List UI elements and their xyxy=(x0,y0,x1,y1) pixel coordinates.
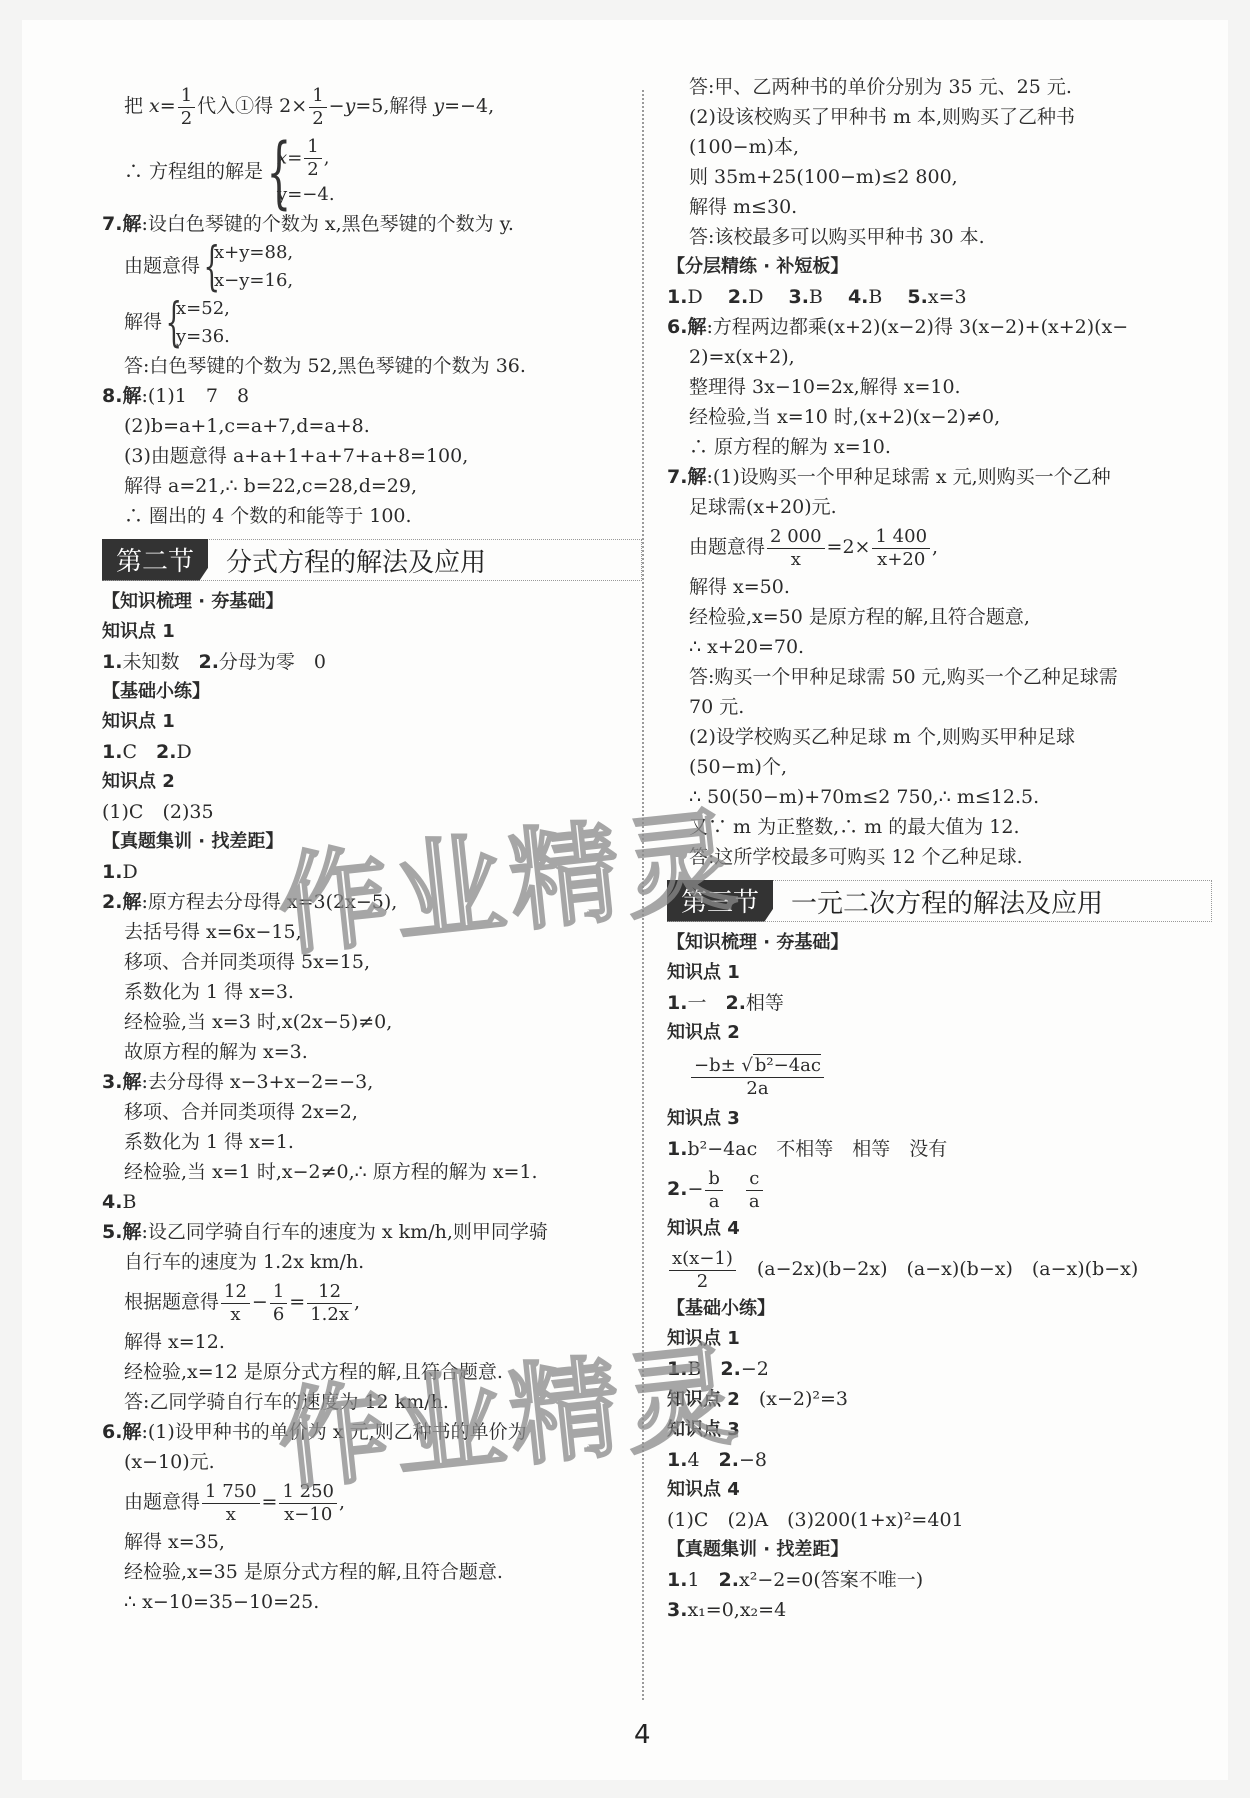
text-line: 系数化为 1 得 x=1. xyxy=(102,1127,642,1157)
text-line: (x−10)元. xyxy=(102,1447,642,1477)
answer-line: 4.B xyxy=(102,1187,642,1217)
answer-page: 把 x=12代入①得 2×12−y=5,解得 y=−4, ∴ 方程组的解是{x=… xyxy=(22,20,1228,1780)
knowledge-point-label: 知识点 3 xyxy=(667,1104,1212,1134)
answer-line: 3.x₁=0,x₂=4 xyxy=(667,1595,1212,1625)
section-heading-3: 第三节 一元二次方程的解法及应用 xyxy=(667,880,1212,922)
question-7: 7.解:(1)设购买一个甲种足球需 x 元,则购买一个乙种 xyxy=(667,462,1212,492)
question-8: 8.解:(1)1 7 8 xyxy=(102,381,642,411)
knowledge-point-label: 知识点 1 xyxy=(102,707,642,737)
text-line: 移项、合并同类项得 5x=15, xyxy=(102,947,642,977)
column-divider xyxy=(642,90,644,1700)
knowledge-point-label: 知识点 4 xyxy=(667,1214,1212,1244)
text-line: 去括号得 x=6x−15, xyxy=(102,917,642,947)
text-line: 移项、合并同类项得 2x=2, xyxy=(102,1097,642,1127)
answer-line: 1.D 2.D 3.B 4.B 5.x=3 xyxy=(667,282,1212,312)
answer-line: (1)C (2)A (3)200(1+x)²=401 xyxy=(667,1505,1212,1535)
brace-icon: { xyxy=(166,297,173,349)
text-line: ∴ 50(50−m)+70m≤2 750,∴ m≤12.5. xyxy=(667,782,1212,812)
brace-icon: { xyxy=(267,147,274,199)
text-line: 故原方程的解为 x=3. xyxy=(102,1037,642,1067)
text-line: 70 元. xyxy=(667,692,1212,722)
text-line: 由题意得1 750x=1 250x−10, xyxy=(102,1477,642,1527)
right-column: 答:甲、乙两种书的单价分别为 35 元、25 元. (2)设该校购买了甲种书 m… xyxy=(667,72,1212,1625)
text-line: ∴ 原方程的解为 x=10. xyxy=(667,432,1212,462)
text-line: (2)b=a+1,c=a+7,d=a+8. xyxy=(102,411,642,441)
text-line: 经检验,当 x=3 时,x(2x−5)≠0, xyxy=(102,1007,642,1037)
answer-line: 1.一 2.相等 xyxy=(667,988,1212,1018)
text-line: (100−m)本, xyxy=(667,132,1212,162)
knowledge-point-label: 知识点 2 xyxy=(102,767,642,797)
equation-system: {x=12,y=−4. xyxy=(263,136,335,209)
knowledge-point-label: 知识点 2 xyxy=(667,1018,1212,1048)
text-line: ∴ x+20=70. xyxy=(667,632,1212,662)
text-line: 整理得 3x−10=2x,解得 x=10. xyxy=(667,372,1212,402)
question-6: 6.解:(1)设甲种书的单价为 x 元,则乙种书的单价为 xyxy=(102,1417,642,1447)
answer-line: 1.B 2.−2 xyxy=(667,1354,1212,1384)
fraction: 12 xyxy=(309,85,326,130)
text-line: (50−m)个, xyxy=(667,752,1212,782)
answer-line: 知识点 2 (x−2)²=3 xyxy=(667,1384,1212,1415)
text-line: 自行车的速度为 1.2x km/h. xyxy=(102,1247,642,1277)
text-line: 答:乙同学骑自行车的速度为 12 km/h. xyxy=(102,1387,642,1417)
brace-icon: { xyxy=(204,241,211,293)
text-line: 解得 a=21,∴ b=22,c=28,d=29, xyxy=(102,471,642,501)
question-3: 3.解:去分母得 x−3+x−2=−3, xyxy=(102,1067,642,1097)
knowledge-point-label: 知识点 1 xyxy=(667,1324,1212,1354)
text-line: 由题意得{x+y=88,x−y=16, xyxy=(102,239,642,295)
knowledge-point-label: 知识点 3 xyxy=(667,1415,1212,1445)
text-line: 答:白色琴键的个数为 52,黑色琴键的个数为 36. xyxy=(102,351,642,381)
left-column: 把 x=12代入①得 2×12−y=5,解得 y=−4, ∴ 方程组的解是{x=… xyxy=(102,82,642,1617)
knowledge-point-label: 知识点 4 xyxy=(667,1475,1212,1505)
page-number: 4 xyxy=(634,1720,651,1750)
text-line: (3)由题意得 a+a+1+a+7+a+8=100, xyxy=(102,441,642,471)
subsection-heading: 【真题集训 · 找差距】 xyxy=(667,1535,1212,1565)
text-line: 又∵ m 为正整数,∴ m 的最大值为 12. xyxy=(667,812,1212,842)
section-tag: 第三节 xyxy=(667,880,773,922)
answer-line: 2.−ba ca xyxy=(667,1164,1212,1214)
answer-line: 1.D xyxy=(102,857,642,887)
knowledge-point-label: 知识点 1 xyxy=(102,617,642,647)
text-line: 根据题意得12x−16=121.2x, xyxy=(102,1277,642,1327)
text-line: 足球需(x+20)元. xyxy=(667,492,1212,522)
text-line: 解得 x=35, xyxy=(102,1527,642,1557)
text-line: 则 35m+25(100−m)≤2 800, xyxy=(667,162,1212,192)
subsection-heading: 【知识梳理 · 夯基础】 xyxy=(102,587,642,617)
answer-line: 1.4 2.−8 xyxy=(667,1445,1212,1475)
subsection-heading: 【基础小练】 xyxy=(667,1294,1212,1324)
text-line: 经检验,x=12 是原分式方程的解,且符合题意. xyxy=(102,1357,642,1387)
text-line: 答:购买一个甲种足球需 50 元,购买一个乙种足球需 xyxy=(667,662,1212,692)
text-line: 解得 x=12. xyxy=(102,1327,642,1357)
text-line: 把 x=12代入①得 2×12−y=5,解得 y=−4, xyxy=(102,82,642,130)
text-line: (2)设学校购买乙种足球 m 个,则购买甲种足球 xyxy=(667,722,1212,752)
text-line: 解得 m≤30. xyxy=(667,192,1212,222)
subsection-heading: 【知识梳理 · 夯基础】 xyxy=(667,928,1212,958)
section-heading-2: 第二节 分式方程的解法及应用 xyxy=(102,539,642,581)
subsection-heading: 【分层精练 · 补短板】 xyxy=(667,252,1212,282)
section-tag: 第二节 xyxy=(102,539,208,581)
text-line: 经检验,当 x=1 时,x−2≠0,∴ 原方程的解为 x=1. xyxy=(102,1157,642,1187)
section-title: 分式方程的解法及应用 xyxy=(226,542,486,579)
subsection-heading: 【基础小练】 xyxy=(102,677,642,707)
answer-line: 1.C 2.D xyxy=(102,737,642,767)
answer-line: 1.未知数 2.分母为零 0 xyxy=(102,647,642,677)
section-title: 一元二次方程的解法及应用 xyxy=(791,883,1103,920)
quadratic-formula: −b± √b²−4ac2a xyxy=(667,1048,1212,1104)
answer-line: (1)C (2)35 xyxy=(102,797,642,827)
text-line: (2)设该校购买了甲种书 m 本,则购买了乙种书 xyxy=(667,102,1212,132)
text-line: 经检验,当 x=10 时,(x+2)(x−2)≠0, xyxy=(667,402,1212,432)
text-line: 经检验,x=50 是原方程的解,且符合题意, xyxy=(667,602,1212,632)
subsection-heading: 【真题集训 · 找差距】 xyxy=(102,827,642,857)
text-line: 答:甲、乙两种书的单价分别为 35 元、25 元. xyxy=(667,72,1212,102)
text-line: 答:这所学校最多可购买 12 个乙种足球. xyxy=(667,842,1212,872)
text-line: ∴ x−10=35−10=25. xyxy=(102,1587,642,1617)
text-line: 2)=x(x+2), xyxy=(667,342,1212,372)
text-line: 答:该校最多可以购买甲种书 30 本. xyxy=(667,222,1212,252)
answer-line: x(x−1)2 (a−2x)(b−2x) (a−x)(b−x) (a−x)(b−… xyxy=(667,1244,1212,1294)
knowledge-point-label: 知识点 1 xyxy=(667,958,1212,988)
answer-line: 1.b²−4ac 不相等 相等 没有 xyxy=(667,1134,1212,1164)
question-5: 5.解:设乙同学骑自行车的速度为 x km/h,则甲同学骑 xyxy=(102,1217,642,1247)
text-line: 由题意得2 000x=2×1 400x+20, xyxy=(667,522,1212,572)
text-line: 解得{x=52,y=36. xyxy=(102,295,642,351)
answer-line: 1.1 2.x²−2=0(答案不唯一) xyxy=(667,1565,1212,1595)
text-line: ∴ 方程组的解是{x=12,y=−4. xyxy=(102,136,642,209)
question-2: 2.解:原方程去分母得 x=3(2x−5), xyxy=(102,887,642,917)
text-line: 解得 x=50. xyxy=(667,572,1212,602)
text-line: 经检验,x=35 是原分式方程的解,且符合题意. xyxy=(102,1557,642,1587)
text-line: 系数化为 1 得 x=3. xyxy=(102,977,642,1007)
fraction: 12 xyxy=(178,85,195,130)
question-7: 7.解:设白色琴键的个数为 x,黑色琴键的个数为 y. xyxy=(102,209,642,239)
question-6: 6.解:方程两边都乘(x+2)(x−2)得 3(x−2)+(x+2)(x− xyxy=(667,312,1212,342)
text-line: ∴ 圈出的 4 个数的和能等于 100. xyxy=(102,501,642,531)
